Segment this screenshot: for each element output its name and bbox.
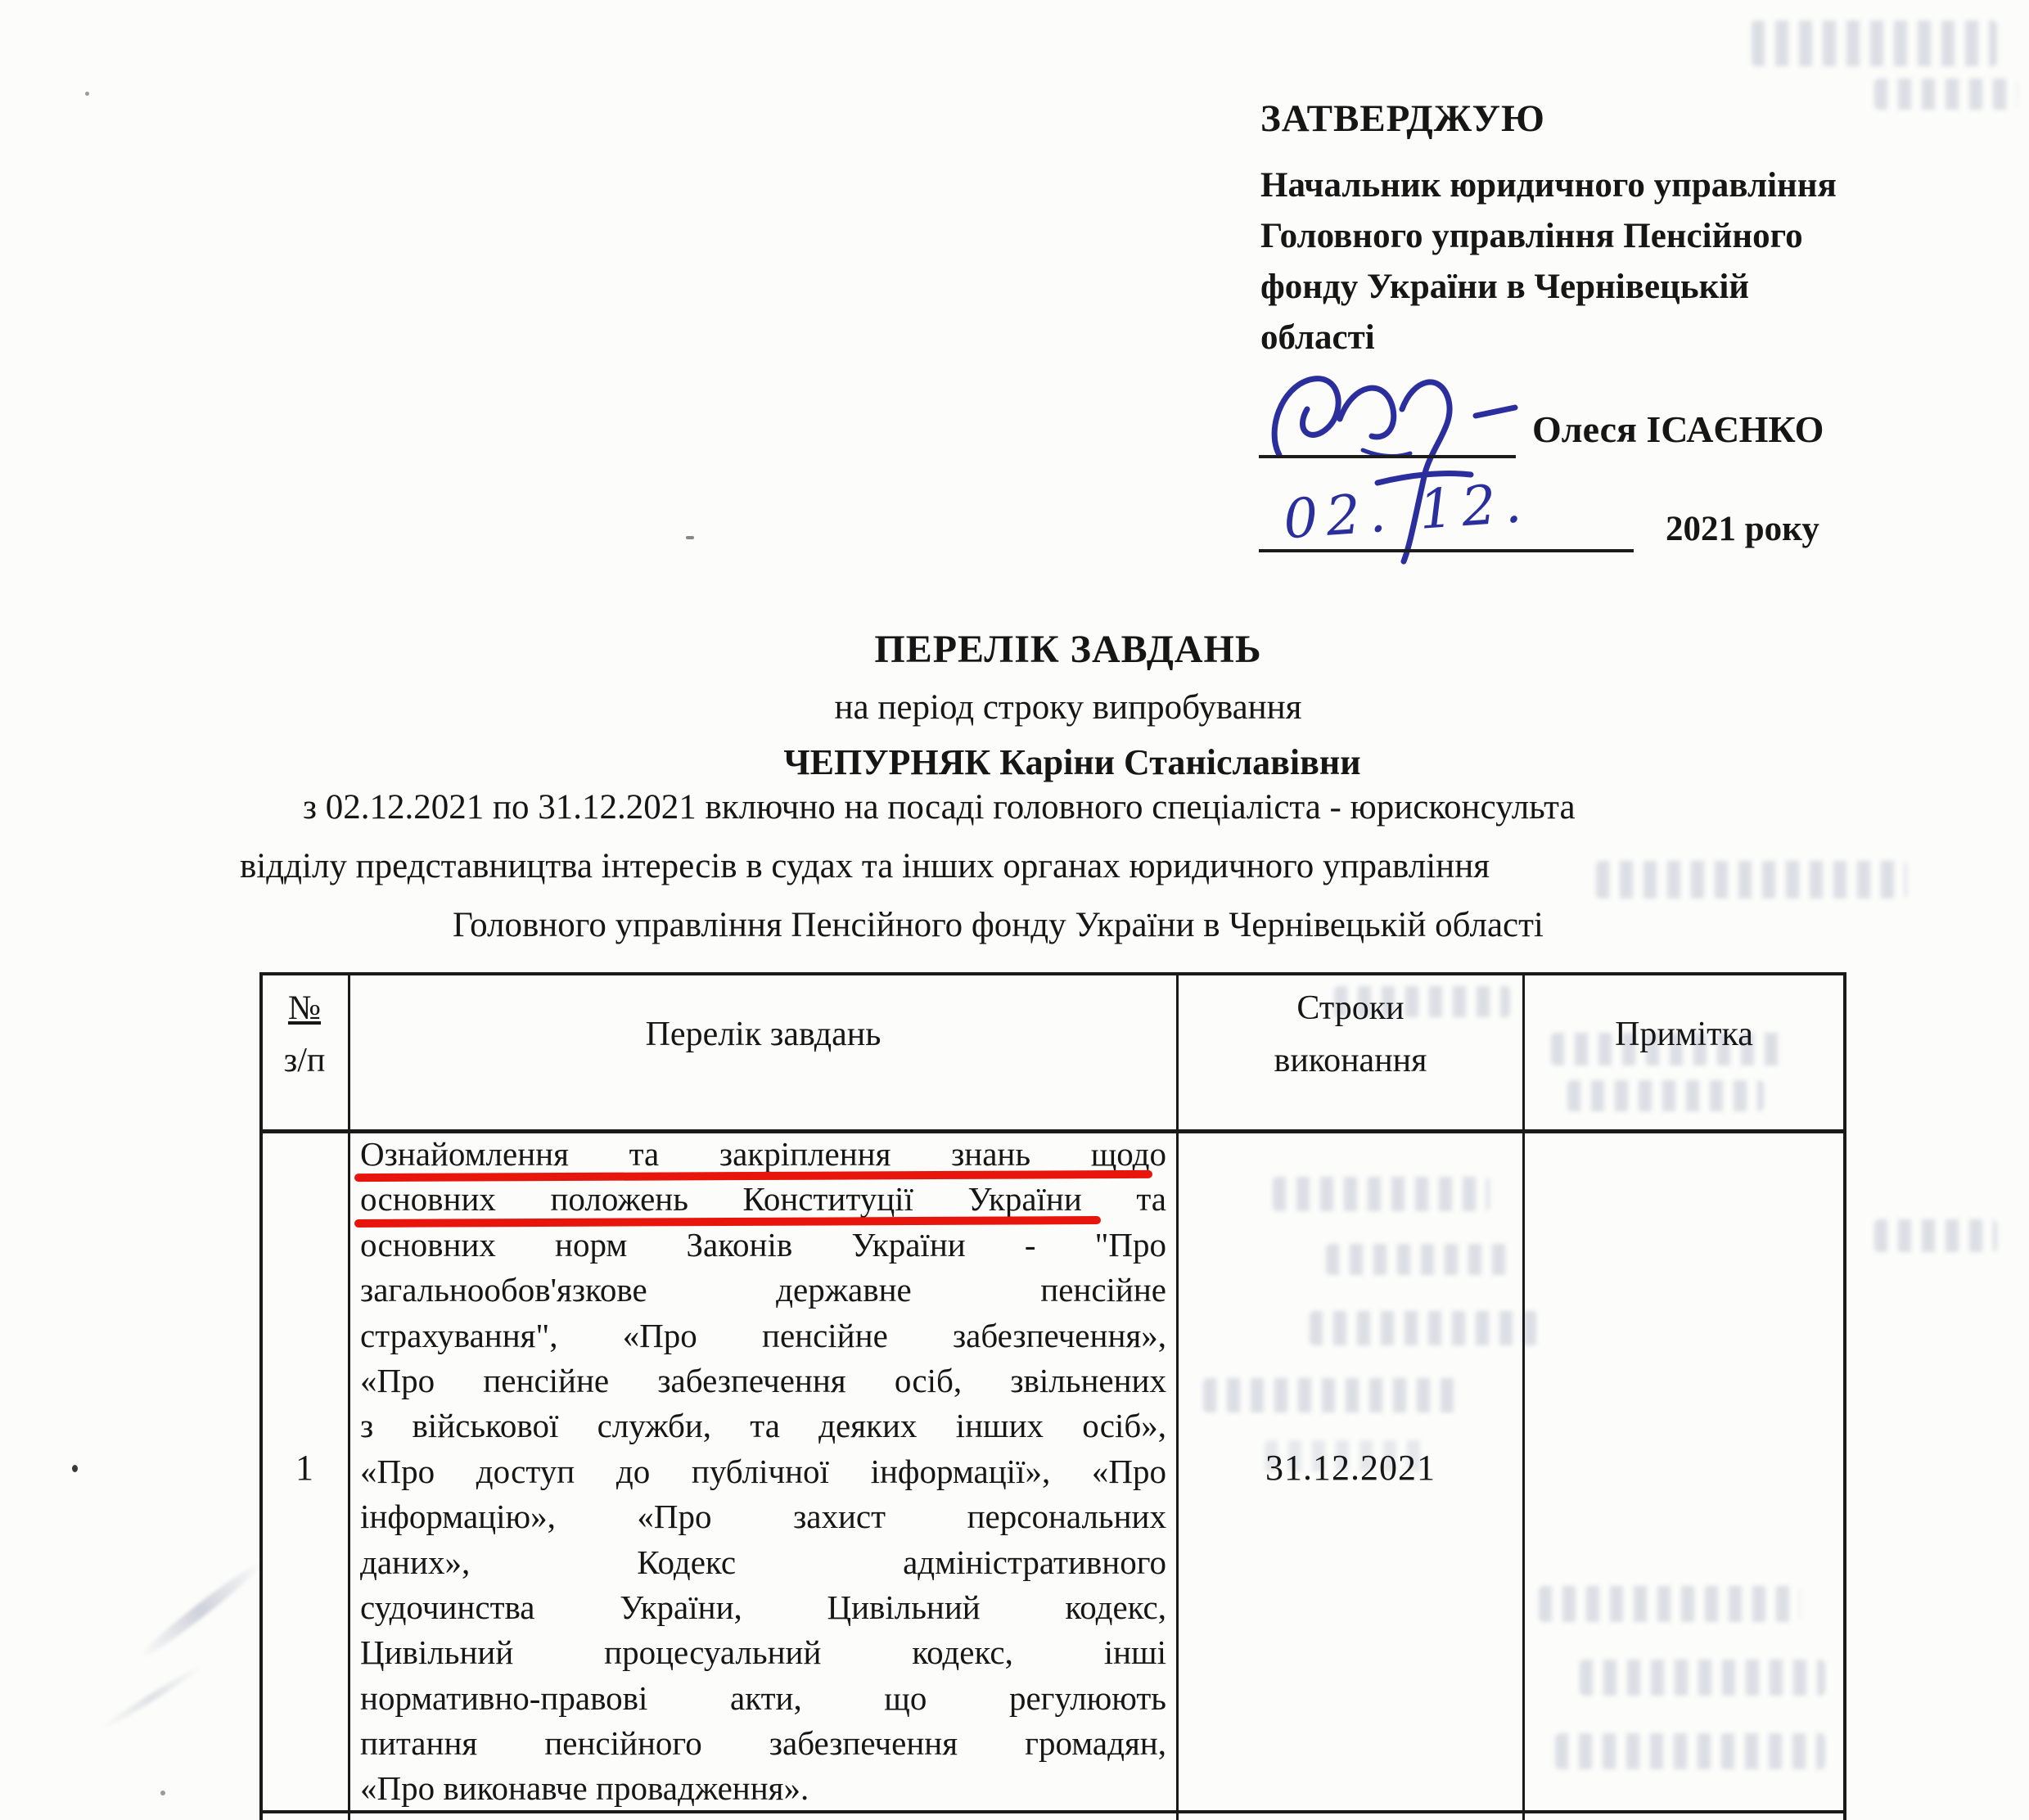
task-line: Цивільний процесуальний кодекс, інші (360, 1630, 1166, 1675)
bleed-through-artifact (1874, 1219, 1997, 1252)
task-line: питання пенсійного забезпечення громадян… (360, 1721, 1166, 1766)
approver-name: Олеся ІСАЄНКО (1532, 408, 1824, 451)
approver-title-line: Головного управління Пенсійного (1260, 211, 2029, 262)
column-header-number-top: № (259, 982, 349, 1034)
approval-stamp-label: ЗАТВЕРДЖУЮ (1260, 97, 1545, 141)
intro-line: Головного управління Пенсійного фонду Ук… (453, 905, 1544, 945)
column-header-number-bottom: з/п (259, 1034, 349, 1087)
document-person-name: ЧЕПУРНЯК Каріни Станіславівни (188, 741, 1956, 783)
ink-speck (160, 1791, 165, 1795)
bleed-through-artifact (1555, 1733, 1825, 1769)
column-header-number: № з/п (259, 982, 349, 1087)
task-line: загальнообов'язкове державне пенсійне (360, 1268, 1166, 1313)
term-cell: 31.12.2021 (1179, 1447, 1522, 1489)
ink-speck (85, 92, 89, 96)
scanned-document-page: ЗАТВЕРДЖУЮ Начальник юридичного управлін… (0, 0, 2029, 1820)
task-line: даних», Кодекс адміністративного (360, 1540, 1166, 1585)
table-column-divider (1176, 972, 1179, 1820)
table-column-divider (1522, 972, 1525, 1820)
pencil-smudge (97, 1662, 205, 1733)
pencil-smudge (135, 1557, 266, 1664)
column-header-note: Примітка (1525, 1008, 1843, 1061)
approver-title-line: фонду України в Чернівецькій (1260, 262, 2029, 313)
document-subtitle: на період строку випробування (188, 687, 1948, 728)
task-line: з військової служби, та деяких інших осі… (360, 1403, 1166, 1448)
date-line (1259, 549, 1634, 552)
signature-line (1259, 455, 1516, 458)
document-title: ПЕРЕЛІК ЗАВДАНЬ (188, 627, 1948, 672)
year-text: 2021 року (1666, 509, 1819, 549)
task-line: «Про пенсійне забезпечення осіб, звільне… (360, 1358, 1166, 1403)
bleed-through-artifact (1539, 1586, 1801, 1622)
task-line: інформацію», «Про захист персональних (360, 1494, 1166, 1539)
intro-line: відділу представництва інтересів в судах… (240, 846, 1490, 886)
task-line: «Про виконавче провадження». (360, 1766, 1166, 1811)
approver-title-line: області (1260, 313, 2029, 363)
table-border-left (259, 972, 263, 1820)
row-number-cell: 1 (259, 1447, 349, 1489)
task-line: нормативно-правові акти, що регулюють (360, 1676, 1166, 1721)
column-header-terms: Строки виконання (1179, 982, 1522, 1087)
task-line: основних норм Законів України - "Про (360, 1223, 1166, 1268)
approver-title: Начальник юридичного управління Головног… (1260, 160, 2029, 363)
approver-title-line: Начальник юридичного управління (1260, 160, 2029, 211)
bleed-through-artifact (1310, 1311, 1539, 1345)
column-header-terms-top: Строки (1179, 982, 1522, 1034)
bleed-through-artifact (1326, 1244, 1514, 1275)
intro-line: з 02.12.2021 по 31.12.2021 включно на по… (303, 787, 1576, 827)
column-header-tasks: Перелік завдань (350, 1008, 1176, 1061)
ink-speck (72, 1465, 78, 1472)
bleed-through-artifact (1273, 1177, 1490, 1211)
bleed-through-artifact (1203, 1378, 1457, 1412)
bleed-through-artifact (1874, 79, 2018, 110)
task-line: «Про доступ до публічної інформації», «П… (360, 1449, 1166, 1494)
bleed-through-artifact (1596, 861, 1907, 899)
task-line: страхування", «Про пенсійне забезпечення… (360, 1313, 1166, 1358)
bleed-through-artifact (1752, 20, 1997, 66)
column-header-terms-bottom: виконання (1179, 1034, 1522, 1087)
task-line: судочинства України, Цивільний кодекс, (360, 1585, 1166, 1630)
ink-speck (686, 536, 694, 539)
table-border-top (259, 972, 1846, 975)
task-text-cell: Ознайомлення та закріплення знань щодо о… (350, 1132, 1176, 1812)
table-border-right (1843, 972, 1846, 1820)
bleed-through-artifact (1580, 1660, 1825, 1696)
bleed-through-artifact (1567, 1080, 1764, 1111)
